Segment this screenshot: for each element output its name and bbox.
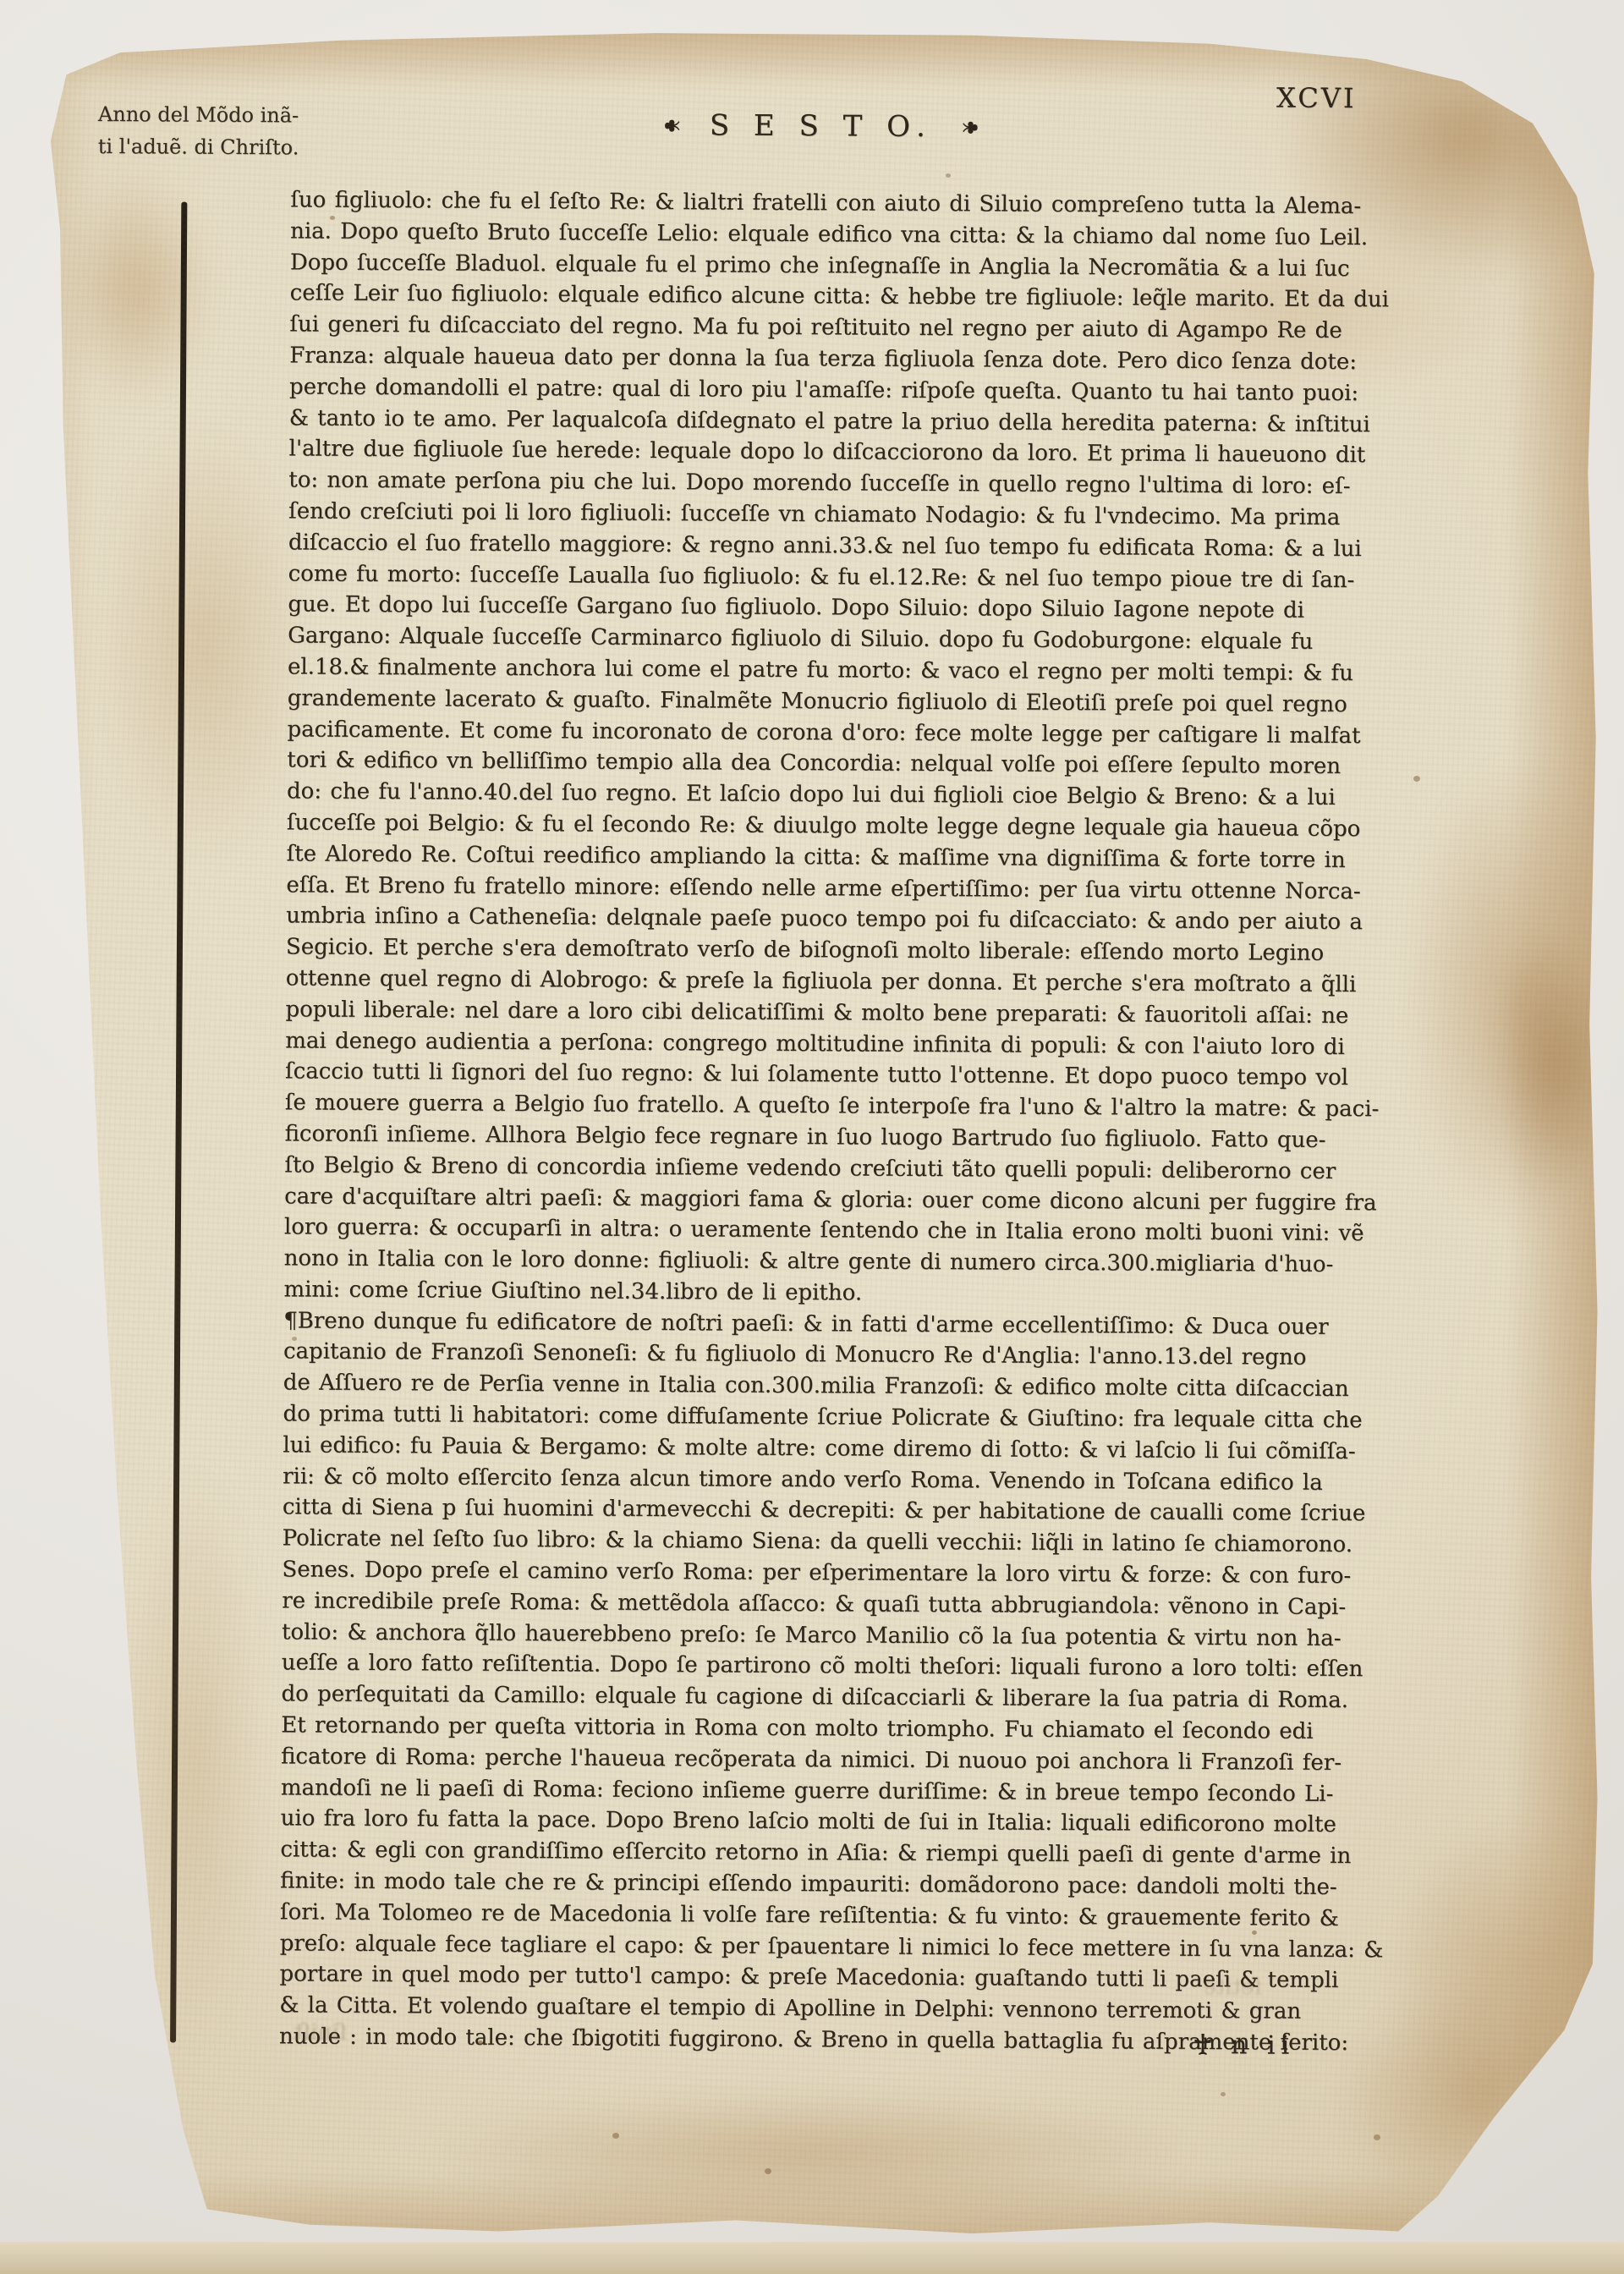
show-through-smudge: ſetite	[1203, 1975, 1262, 2000]
table-surface	[0, 2242, 1624, 2274]
show-through-smudge: ſiniſt	[294, 2019, 347, 2045]
margin-note-line: ti l'aduẽ. di Chriſto.	[98, 130, 299, 163]
signature-mark: n ii	[1192, 2030, 1295, 2061]
book-page: Anno del Mõdo inã- ti l'aduẽ. di Chriſto…	[25, 30, 1604, 2240]
margin-note-line: Anno del Mõdo inã-	[98, 98, 299, 131]
hedera-leaf-icon	[958, 116, 980, 138]
printed-matter: Anno del Mõdo inã- ti l'aduẽ. di Chriſto…	[14, 28, 1605, 2247]
folio-number: XCVI	[1276, 81, 1357, 114]
running-title: S E S T O.	[610, 108, 1033, 145]
text-block: ſuo figliuolo: che fu el ſeſto Re: & lia…	[279, 184, 1415, 2059]
foxing-specks	[478, 2041, 483, 2045]
printers-rule	[170, 202, 187, 2043]
signature-label: n ii	[1231, 2030, 1295, 2060]
running-title-text: S E S T O.	[710, 108, 933, 144]
margin-note: Anno del Mõdo inã- ti l'aduẽ. di Chriſto…	[98, 98, 299, 163]
hedera-leaf-icon	[662, 114, 684, 136]
photograph-background: Anno del Mõdo inã- ti l'aduẽ. di Chriſto…	[0, 0, 1624, 2274]
cross-icon	[1192, 2032, 1214, 2057]
